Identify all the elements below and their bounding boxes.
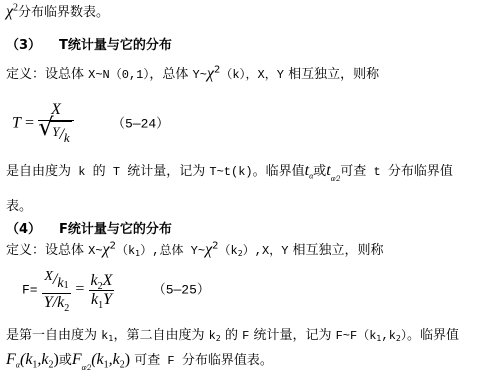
left-fraction: X/k1 Y/k2 bbox=[42, 268, 71, 312]
text: 可查 bbox=[340, 164, 366, 179]
args: ,k bbox=[37, 351, 48, 368]
text: 分布临界值 bbox=[388, 164, 453, 179]
text: ，第二自由度为 bbox=[113, 328, 208, 343]
f-critical-values: Fα(k1,k2)或Fα⁄2(k1,k2) 可查 F 分布临界值表。 bbox=[6, 352, 273, 369]
definition-t: 定义：设总体 X~N（0,1），总体 Y~χ2（k），X，Y 相互独立，则称 bbox=[6, 66, 379, 83]
section-number: （3） bbox=[6, 38, 41, 53]
f-statistic-description: 是第一自由度为 k1，第二自由度为 k2 的 F 统计量，记为 F~F（k1,k… bbox=[6, 328, 459, 344]
sqrt: Y/k bbox=[40, 121, 71, 148]
text: k bbox=[71, 165, 93, 179]
text: （k bbox=[219, 244, 238, 258]
text: 。临界值 bbox=[407, 328, 459, 343]
section-number: （4） bbox=[6, 222, 41, 237]
numerator: k2X bbox=[89, 272, 115, 290]
t-description-continued: 表。 bbox=[6, 199, 32, 215]
text: ）,总体 bbox=[140, 244, 190, 258]
text: X~N（0,1） bbox=[88, 68, 149, 82]
f-alpha-half: F bbox=[72, 351, 82, 368]
text: ）,X，Y bbox=[243, 244, 289, 258]
text: Y~ bbox=[191, 244, 205, 258]
text: 相互独立，则称 bbox=[284, 67, 379, 82]
text: 或 bbox=[313, 164, 326, 179]
args: (k bbox=[20, 351, 32, 368]
args: (k bbox=[91, 351, 103, 368]
text: T bbox=[106, 165, 128, 179]
section-heading-4: （4）F统计量与它的分布 bbox=[6, 222, 172, 238]
text: ,k bbox=[382, 329, 396, 343]
var-k: k bbox=[91, 272, 98, 289]
text: F bbox=[160, 354, 182, 368]
right-fraction: k2X k1Y bbox=[89, 272, 115, 309]
text: 或 bbox=[59, 353, 72, 368]
text: T~t(k) bbox=[209, 165, 252, 179]
args: ,k bbox=[109, 351, 120, 368]
text: （k），X，Y bbox=[220, 68, 284, 82]
equation-number: （5—24） bbox=[112, 117, 169, 132]
var-y: Y bbox=[103, 291, 112, 308]
var-k: k bbox=[91, 291, 98, 308]
text: X~ bbox=[88, 244, 102, 258]
var-x: X bbox=[103, 272, 113, 289]
denominator: Y/k bbox=[38, 120, 73, 148]
eq-lhs: T bbox=[12, 115, 21, 132]
numerator: X/k1 bbox=[42, 268, 71, 293]
var-y: Y bbox=[52, 124, 59, 139]
text: 分布临界值表。 bbox=[182, 353, 273, 368]
text: 是自由度为 bbox=[6, 164, 71, 179]
line1-text: 分布临界数表。 bbox=[18, 5, 109, 20]
text: Y~ bbox=[193, 68, 207, 82]
chi-symbol: χ bbox=[207, 65, 214, 82]
chi-symbol: χ bbox=[6, 3, 13, 20]
equation-5-25: F= X/k1 Y/k2 = k2X k1Y （5—25） bbox=[22, 268, 210, 312]
text: 可查 bbox=[130, 353, 160, 368]
text: 定义：设总体 bbox=[6, 243, 88, 258]
text: t bbox=[366, 165, 388, 179]
text: 统计量，记为 bbox=[127, 164, 209, 179]
text: 的 bbox=[221, 328, 242, 343]
fraction: X Y/k bbox=[38, 100, 73, 148]
eq-lhs: F= bbox=[22, 283, 38, 298]
var-x: X bbox=[44, 269, 53, 284]
chi-symbol: χ bbox=[103, 241, 110, 258]
subscript: 1 bbox=[64, 280, 69, 291]
section-title: T统计量与它的分布 bbox=[59, 38, 172, 53]
text: ，总体 bbox=[149, 67, 192, 82]
subscript: 2 bbox=[64, 303, 69, 314]
text: （k bbox=[116, 244, 135, 258]
subscript-alpha-half: α⁄2 bbox=[82, 363, 92, 372]
text: F~F（k bbox=[336, 329, 377, 343]
var-k: k bbox=[64, 130, 70, 145]
text: k bbox=[209, 329, 216, 343]
equation-5-24: T = X Y/k （5—24） bbox=[12, 100, 169, 148]
eq-sign: = bbox=[25, 115, 34, 132]
t-statistic-description: 是自由度为 k 的 T 统计量，记为 T~t(k)。临界值tα或tα⁄2可查 t… bbox=[6, 163, 453, 180]
eq-sign: = bbox=[75, 281, 84, 298]
section-title: F统计量与它的分布 bbox=[59, 222, 172, 237]
denominator: Y/k2 bbox=[42, 293, 71, 312]
text: 统计量，记为 bbox=[249, 328, 335, 343]
chi-square-table-line: χ2分布临界数表。 bbox=[6, 4, 109, 21]
section-heading-3: （3）T统计量与它的分布 bbox=[6, 38, 172, 54]
text: 是第一自由度为 bbox=[6, 328, 101, 343]
text: 相互独立，则称 bbox=[288, 243, 383, 258]
definition-f: 定义：设总体 X~χ2（k1）,总体 Y~χ2（k2）,X，Y 相互独立，则称 bbox=[6, 242, 384, 259]
den-text: Y/k bbox=[44, 294, 64, 311]
f-alpha: F bbox=[6, 351, 16, 368]
text: 定义：设总体 bbox=[6, 67, 88, 82]
text: 。临界值 bbox=[253, 164, 305, 179]
subscript-alpha-half: α⁄2 bbox=[331, 174, 341, 183]
equation-number: （5—25） bbox=[153, 283, 210, 298]
text: 的 bbox=[93, 164, 106, 179]
denominator: k1Y bbox=[89, 290, 115, 309]
